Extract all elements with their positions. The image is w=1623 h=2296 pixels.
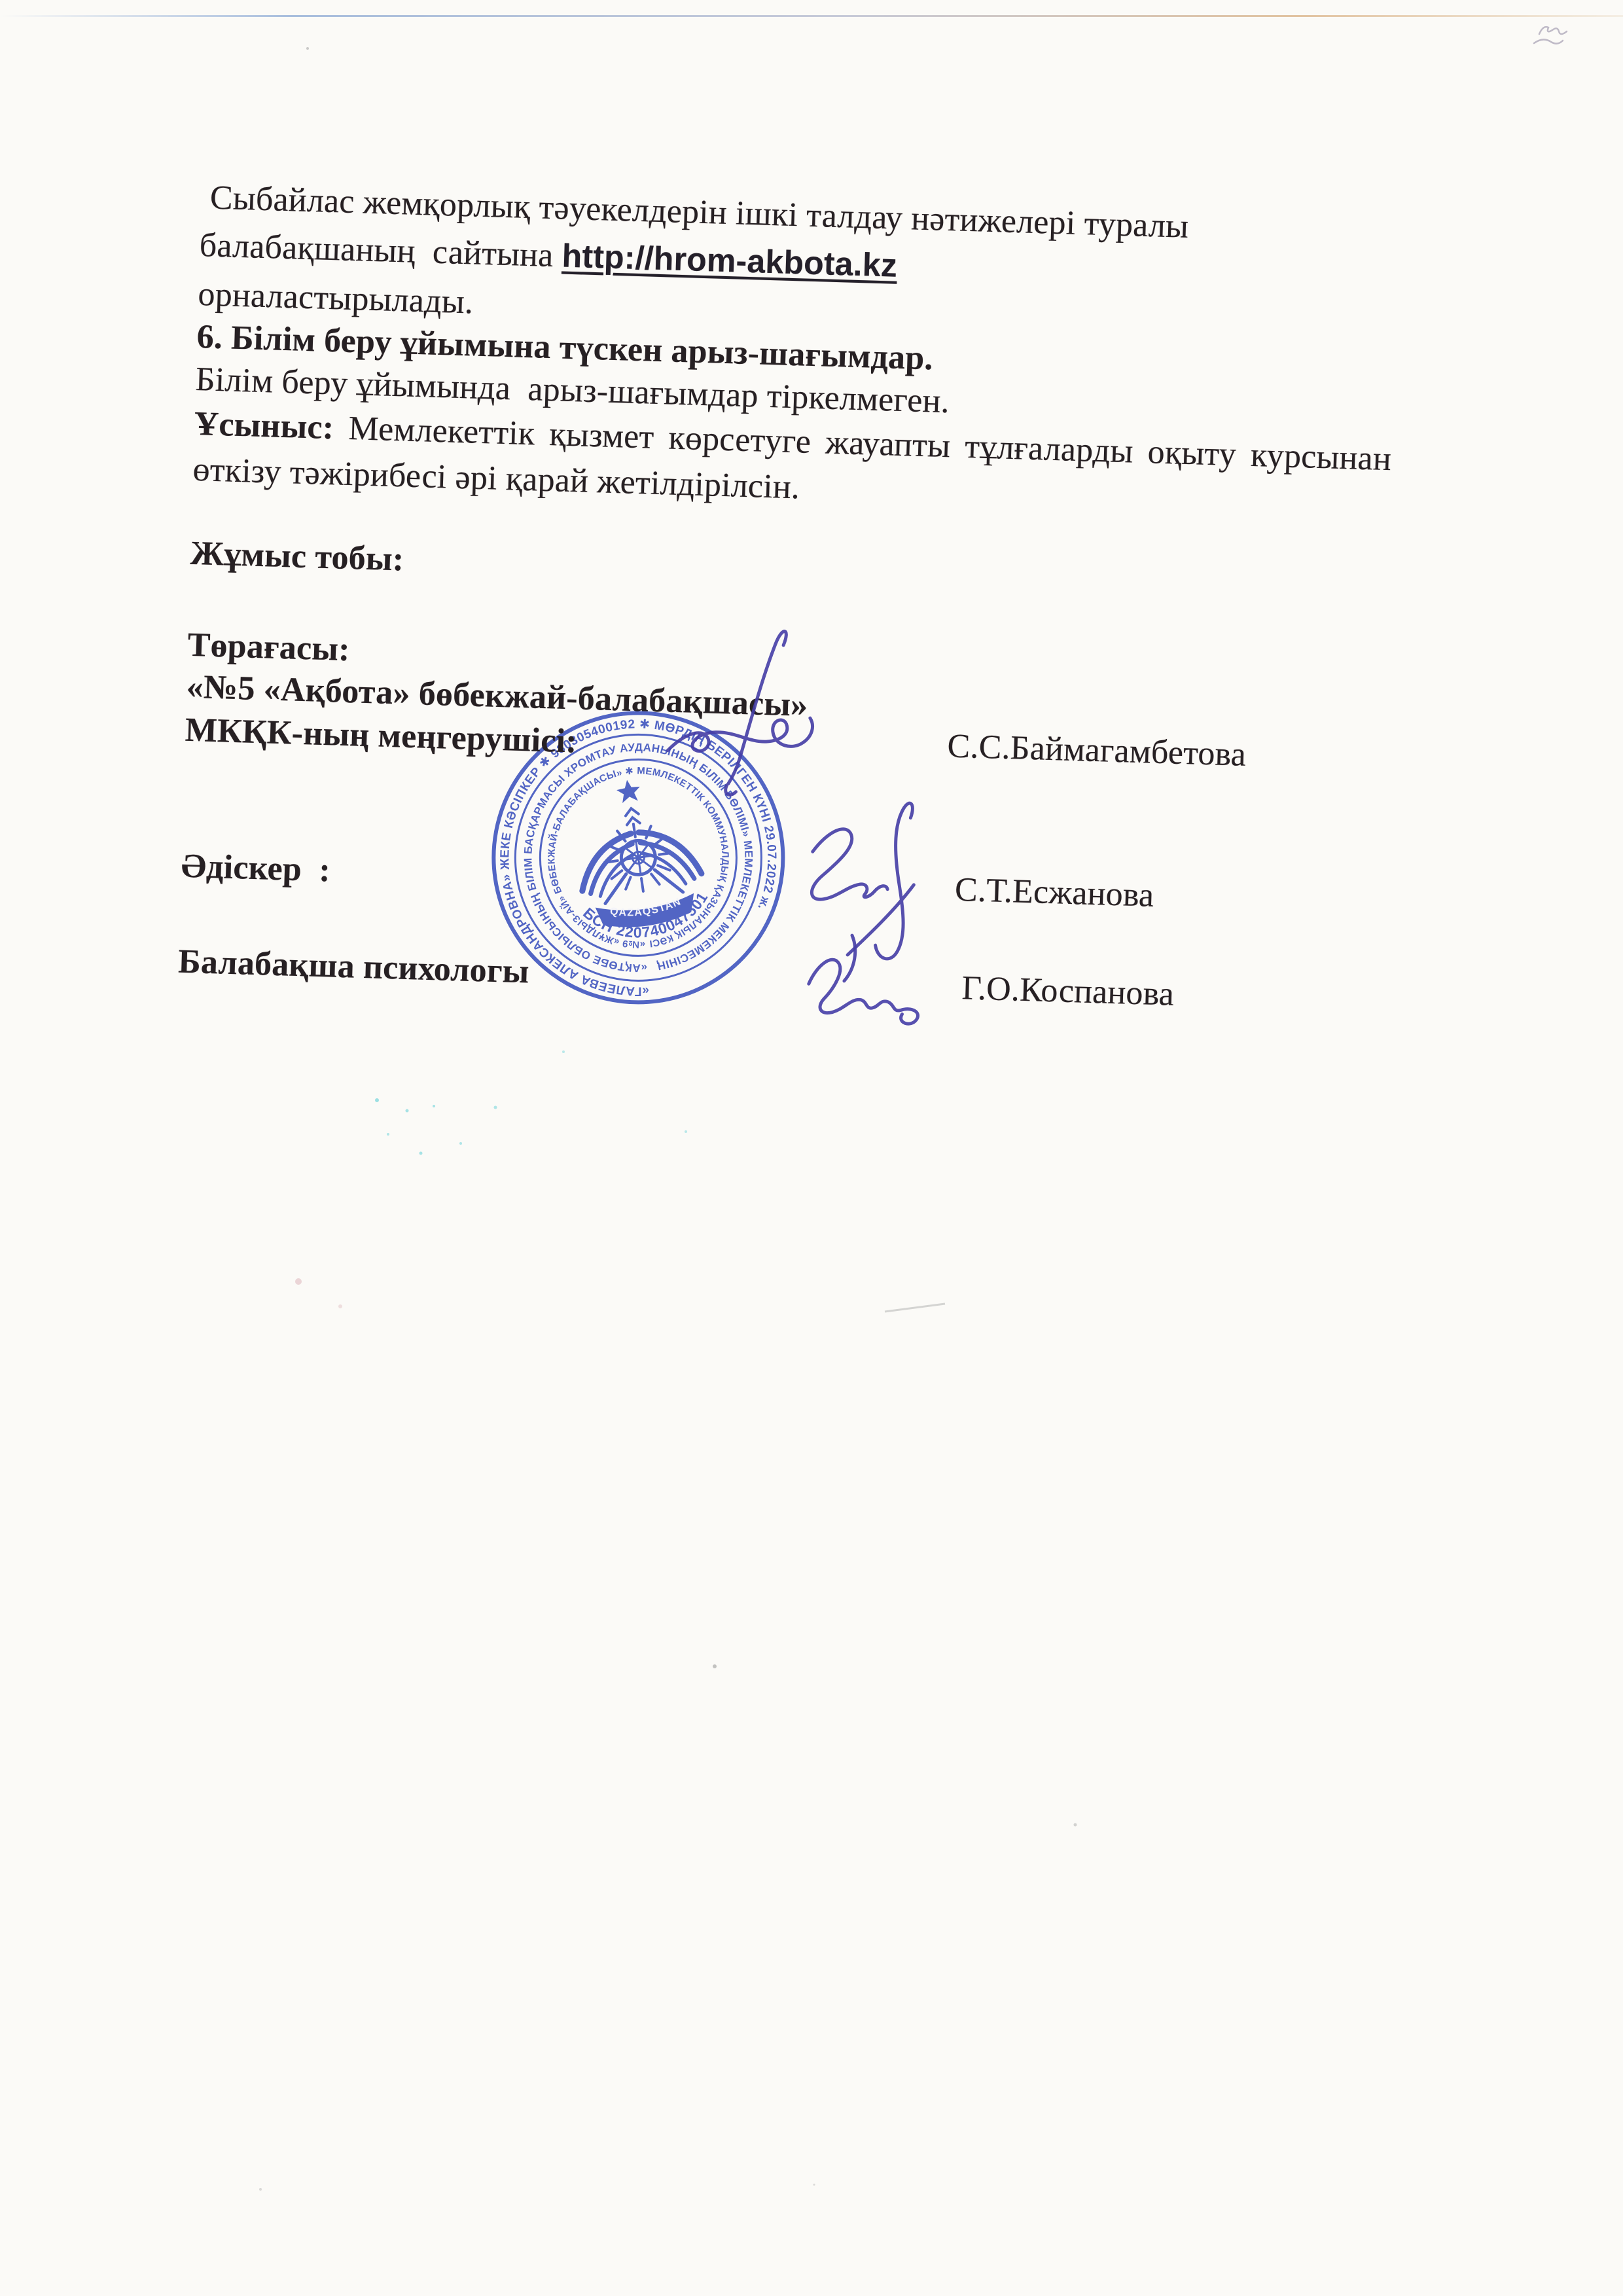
methodist-name: С.Т.Есжанова — [954, 869, 1154, 918]
working-group-heading: Жұмыс тобы: — [190, 532, 404, 582]
wing-left-icon — [575, 834, 639, 899]
psychologist-label: Балабақша психологы — [177, 941, 529, 994]
star-icon — [615, 778, 642, 804]
chair-label: Төрағасы: — [187, 624, 351, 672]
site-link-prefix: балабақшаның сайтына — [199, 226, 563, 274]
signature-methodist — [810, 800, 916, 960]
scanned-document-page: «ГАЛЕЕВА АЛЕКСАНДРОВНА» ЖЕКЕ КӘСІПКЕР ✱ … — [0, 0, 1623, 2296]
pencil-scribble — [1534, 27, 1567, 43]
chair-name: С.С.Баймагамбетова — [947, 725, 1247, 777]
document-content: «ГАЛЕЕВА АЛЕКСАНДРОВНА» ЖЕКЕ КӘСІПКЕР ✱ … — [148, 175, 1486, 1196]
psychologist-name: Г.О.Коспанова — [961, 967, 1175, 1016]
signature-psychologist — [808, 934, 920, 1024]
proposal-label: Ұсыныс: — [194, 405, 334, 446]
scan-edge-line — [0, 15, 1623, 17]
methodist-label: Әдіскер : — [181, 845, 331, 893]
site-link: http://hrom-akbota.kz — [562, 238, 898, 284]
